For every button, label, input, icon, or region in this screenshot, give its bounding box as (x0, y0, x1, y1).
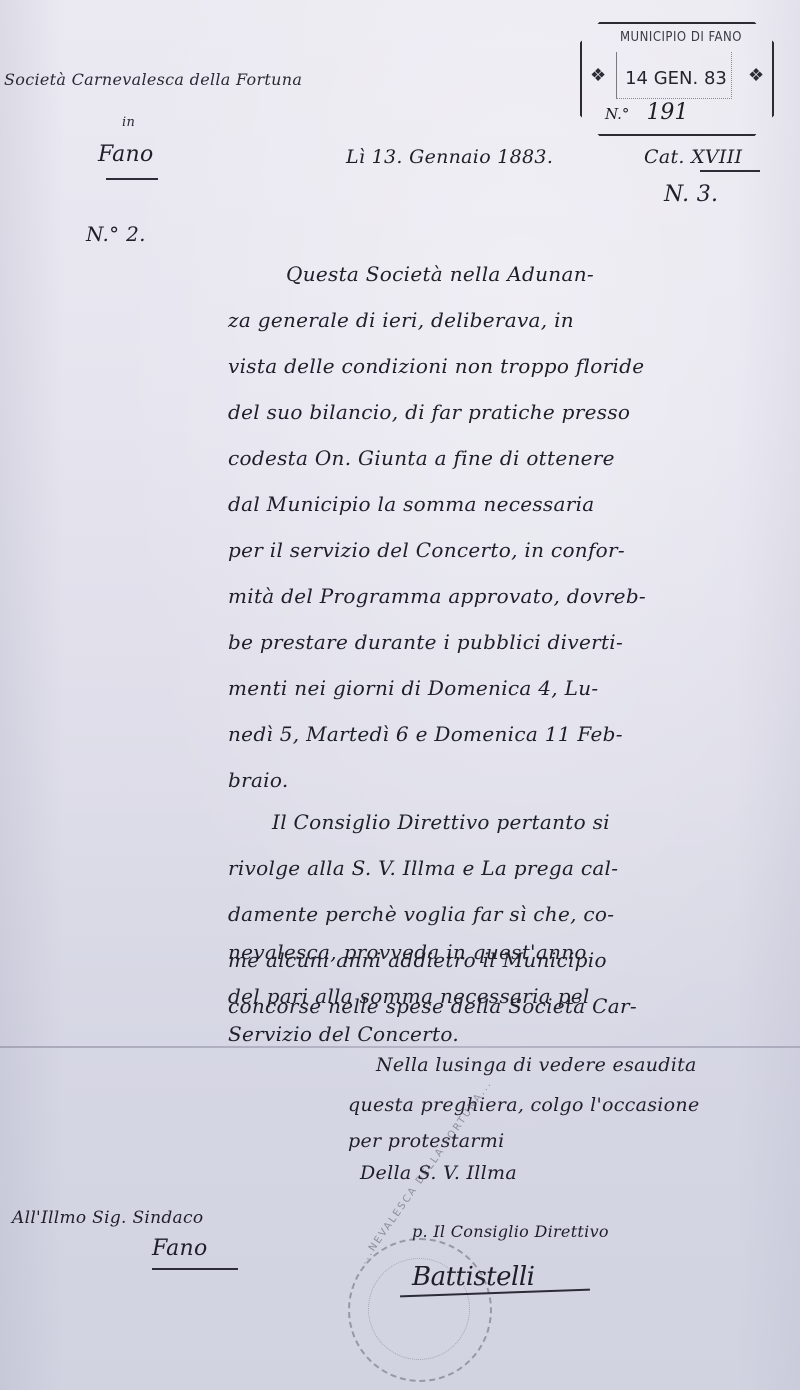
body-line: damente perchè voglia far sì che, co- (228, 902, 614, 926)
body-line: vista delle condizioni non troppo florid… (228, 354, 644, 378)
closing-line: Della S. V. Illma (360, 1162, 517, 1184)
addressee-city: Fano (152, 1236, 208, 1261)
stamp-title: MUNICIPIO DI FANO (596, 30, 766, 45)
letter-date: Lì 13. Gennaio 1883. (346, 146, 553, 168)
body-line: mità del Programma approvato, dovreb- (228, 584, 646, 608)
body-line: Servizio del Concerto. (228, 1022, 459, 1046)
body-line: del pari alla somma necessaria pel (228, 984, 590, 1008)
body-line: nevalesca, provveda in quest'anno (228, 940, 587, 964)
stamp-ornament-left-icon: ❖ (590, 65, 606, 86)
body-line: dal Municipio la somma necessaria (228, 492, 595, 516)
stamp-number: N.° 191 (605, 100, 688, 125)
letterhead-in: in (122, 115, 135, 130)
classification-underline (700, 170, 760, 172)
letterhead-city: Fano (98, 142, 154, 167)
body-line: codesta On. Giunta a fine di ottenere (228, 446, 615, 470)
classification: Cat. XVIII (644, 146, 742, 168)
stamp-number-label: N.° (605, 105, 629, 123)
signature-title: p. Il Consiglio Direttivo (412, 1222, 609, 1241)
addressee-title: All'Illmo Sig. Sindaco (12, 1208, 203, 1228)
closing-line: questa preghiera, colgo l'occasione (348, 1094, 700, 1116)
body-line: Questa Società nella Adunan- (286, 262, 594, 286)
society-name: Società Carnevalesca della Fortuna (4, 70, 302, 89)
stamp-number-value: 191 (646, 100, 688, 125)
stamp-date: 14 GEN. 83 (620, 68, 732, 89)
body-line: za generale di ieri, deliberava, in (228, 308, 574, 332)
stamp-ornament-right-icon: ❖ (748, 65, 764, 86)
signature-name: Battistelli (412, 1262, 534, 1292)
closing-line: per protestarmi (348, 1130, 504, 1152)
addressee-underline (152, 1268, 238, 1270)
body-line: nedì 5, Martedì 6 e Domenica 11 Feb- (228, 722, 623, 746)
city-underline (106, 178, 158, 180)
body-line: rivolge alla S. V. Illma e La prega cal- (228, 856, 618, 880)
body-line: per il servizio del Concerto, in confor- (228, 538, 625, 562)
closing-line: Nella lusinga di vedere esaudita (376, 1054, 697, 1076)
letter-number: N.° 2. (86, 222, 146, 246)
paper-fold-line (0, 1046, 800, 1048)
body-line: del suo bilancio, di far pratiche presso (228, 400, 630, 424)
body-line: Il Consiglio Direttivo pertanto si (272, 810, 610, 834)
body-line: braio. (228, 768, 289, 792)
body-line: menti nei giorni di Domenica 4, Lu- (228, 676, 598, 700)
body-line: be prestare durante i pubblici diverti- (228, 630, 623, 654)
sub-number: N. 3. (664, 182, 718, 207)
